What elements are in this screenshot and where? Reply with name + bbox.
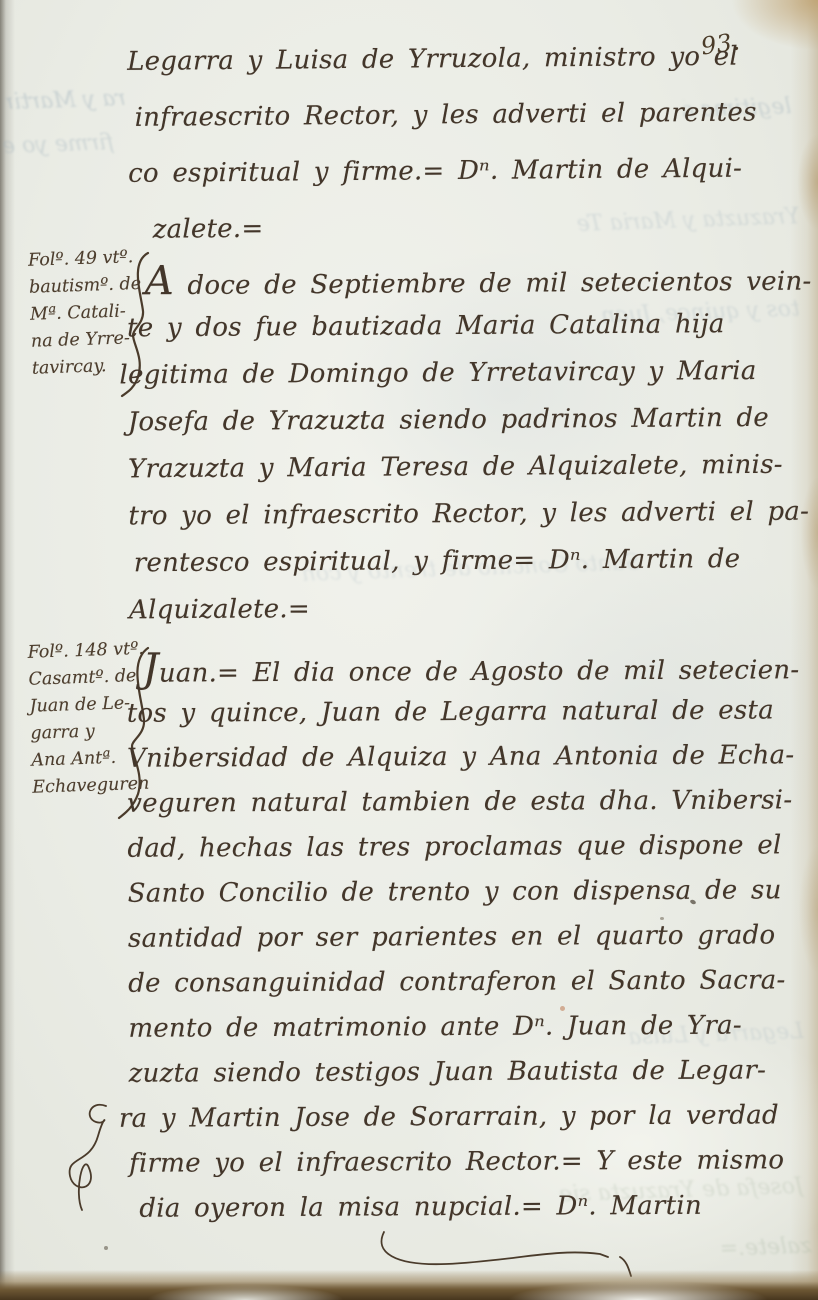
manuscript-line: de consanguinidad contraferon el Santo S… [128,965,800,1014]
manuscript-line: Alquizalete.= [129,591,801,643]
manuscript-line: zuzta siendo testigos Juan Bautista de L… [129,1055,801,1104]
manuscript-line: ra y Martin Jose de Sorarrain, y por la … [119,1100,801,1149]
rubric-flourish-icon [56,1098,126,1218]
manuscript-line: mento de matrimonio ante Dⁿ. Juan de Yra… [128,1010,800,1059]
manuscript-line: legitima de Domingo de Yrretavircay y Ma… [119,356,799,408]
bleedthrough-text: firme yo el infraescrito Rector.= Y este… [3,130,114,168]
bleedthrough-text: zalete.= [663,1233,812,1278]
manuscript-page: 93. ra y Martin Jose de Sorarrain, y por… [0,0,818,1300]
manuscript-line: tos y quince, Juan de Legarra natural de… [127,695,799,744]
manuscript-line: Vnibersidad de Alquiza y Ana Antonia de … [127,740,799,789]
manuscript-line: Santo Concilio de trento y con dispensa … [128,875,800,924]
manuscript-line: firme yo el infraescrito Rector.= Y este… [129,1145,801,1194]
closing-flourish-icon [352,1230,662,1282]
manuscript-line: Josefa de Yrazuzta siendo padrinos Marti… [128,403,800,455]
manuscript-line: tro yo el infraescrito Rector, y les adv… [128,497,800,549]
margin-note-line: Mª. Catali- [30,298,133,329]
margin-note-line: Folº. 49 vtº. [28,244,131,275]
manuscript-line: rentesco espiritual, y firme= Dⁿ. Martin… [129,544,801,596]
bleedthrough-text: ra y Martin Jose de Sorarrain, y por la … [5,86,126,124]
manuscript-line: Juan.= El dia once de Agosto de mil sete… [126,650,798,699]
entry-marriage: Juan.= El dia once de Agosto de mil sete… [126,650,801,1239]
manuscript-line: veguren natural tambien de esta dha. Vni… [127,785,799,834]
manuscript-line: Yrazuzta y Maria Teresa de Alquizalete, … [128,450,800,502]
manuscript-line: co espiritual y firme.= Dⁿ. Martin de Al… [128,153,800,215]
manuscript-line: Legarra y Luisa de Yrruzola, ministro yo… [127,41,799,103]
ink-speck [560,1006,565,1011]
entry-baptism: A doce de Septiembre de mil setecientos … [127,262,802,643]
manuscript-line: infraescrito Rector, y les adverti el pa… [128,97,800,159]
manuscript-line: te y dos fue bautizada Maria Catalina hi… [127,309,799,361]
ink-speck [660,917,664,920]
manuscript-line: dad, hechas las tres proclamas que dispo… [127,830,799,879]
manuscript-line: santidad por ser parientes en el quarto … [128,920,800,969]
entry-continuation: Legarra y Luisa de Yrruzola, ministro yo… [127,41,801,271]
margin-note-line: bautismº. de [29,271,132,302]
manuscript-line: A doce de Septiembre de mil setecientos … [127,262,799,314]
margin-note-line: Folº. 148 vtº. [27,636,130,667]
ink-speck [104,1246,108,1250]
